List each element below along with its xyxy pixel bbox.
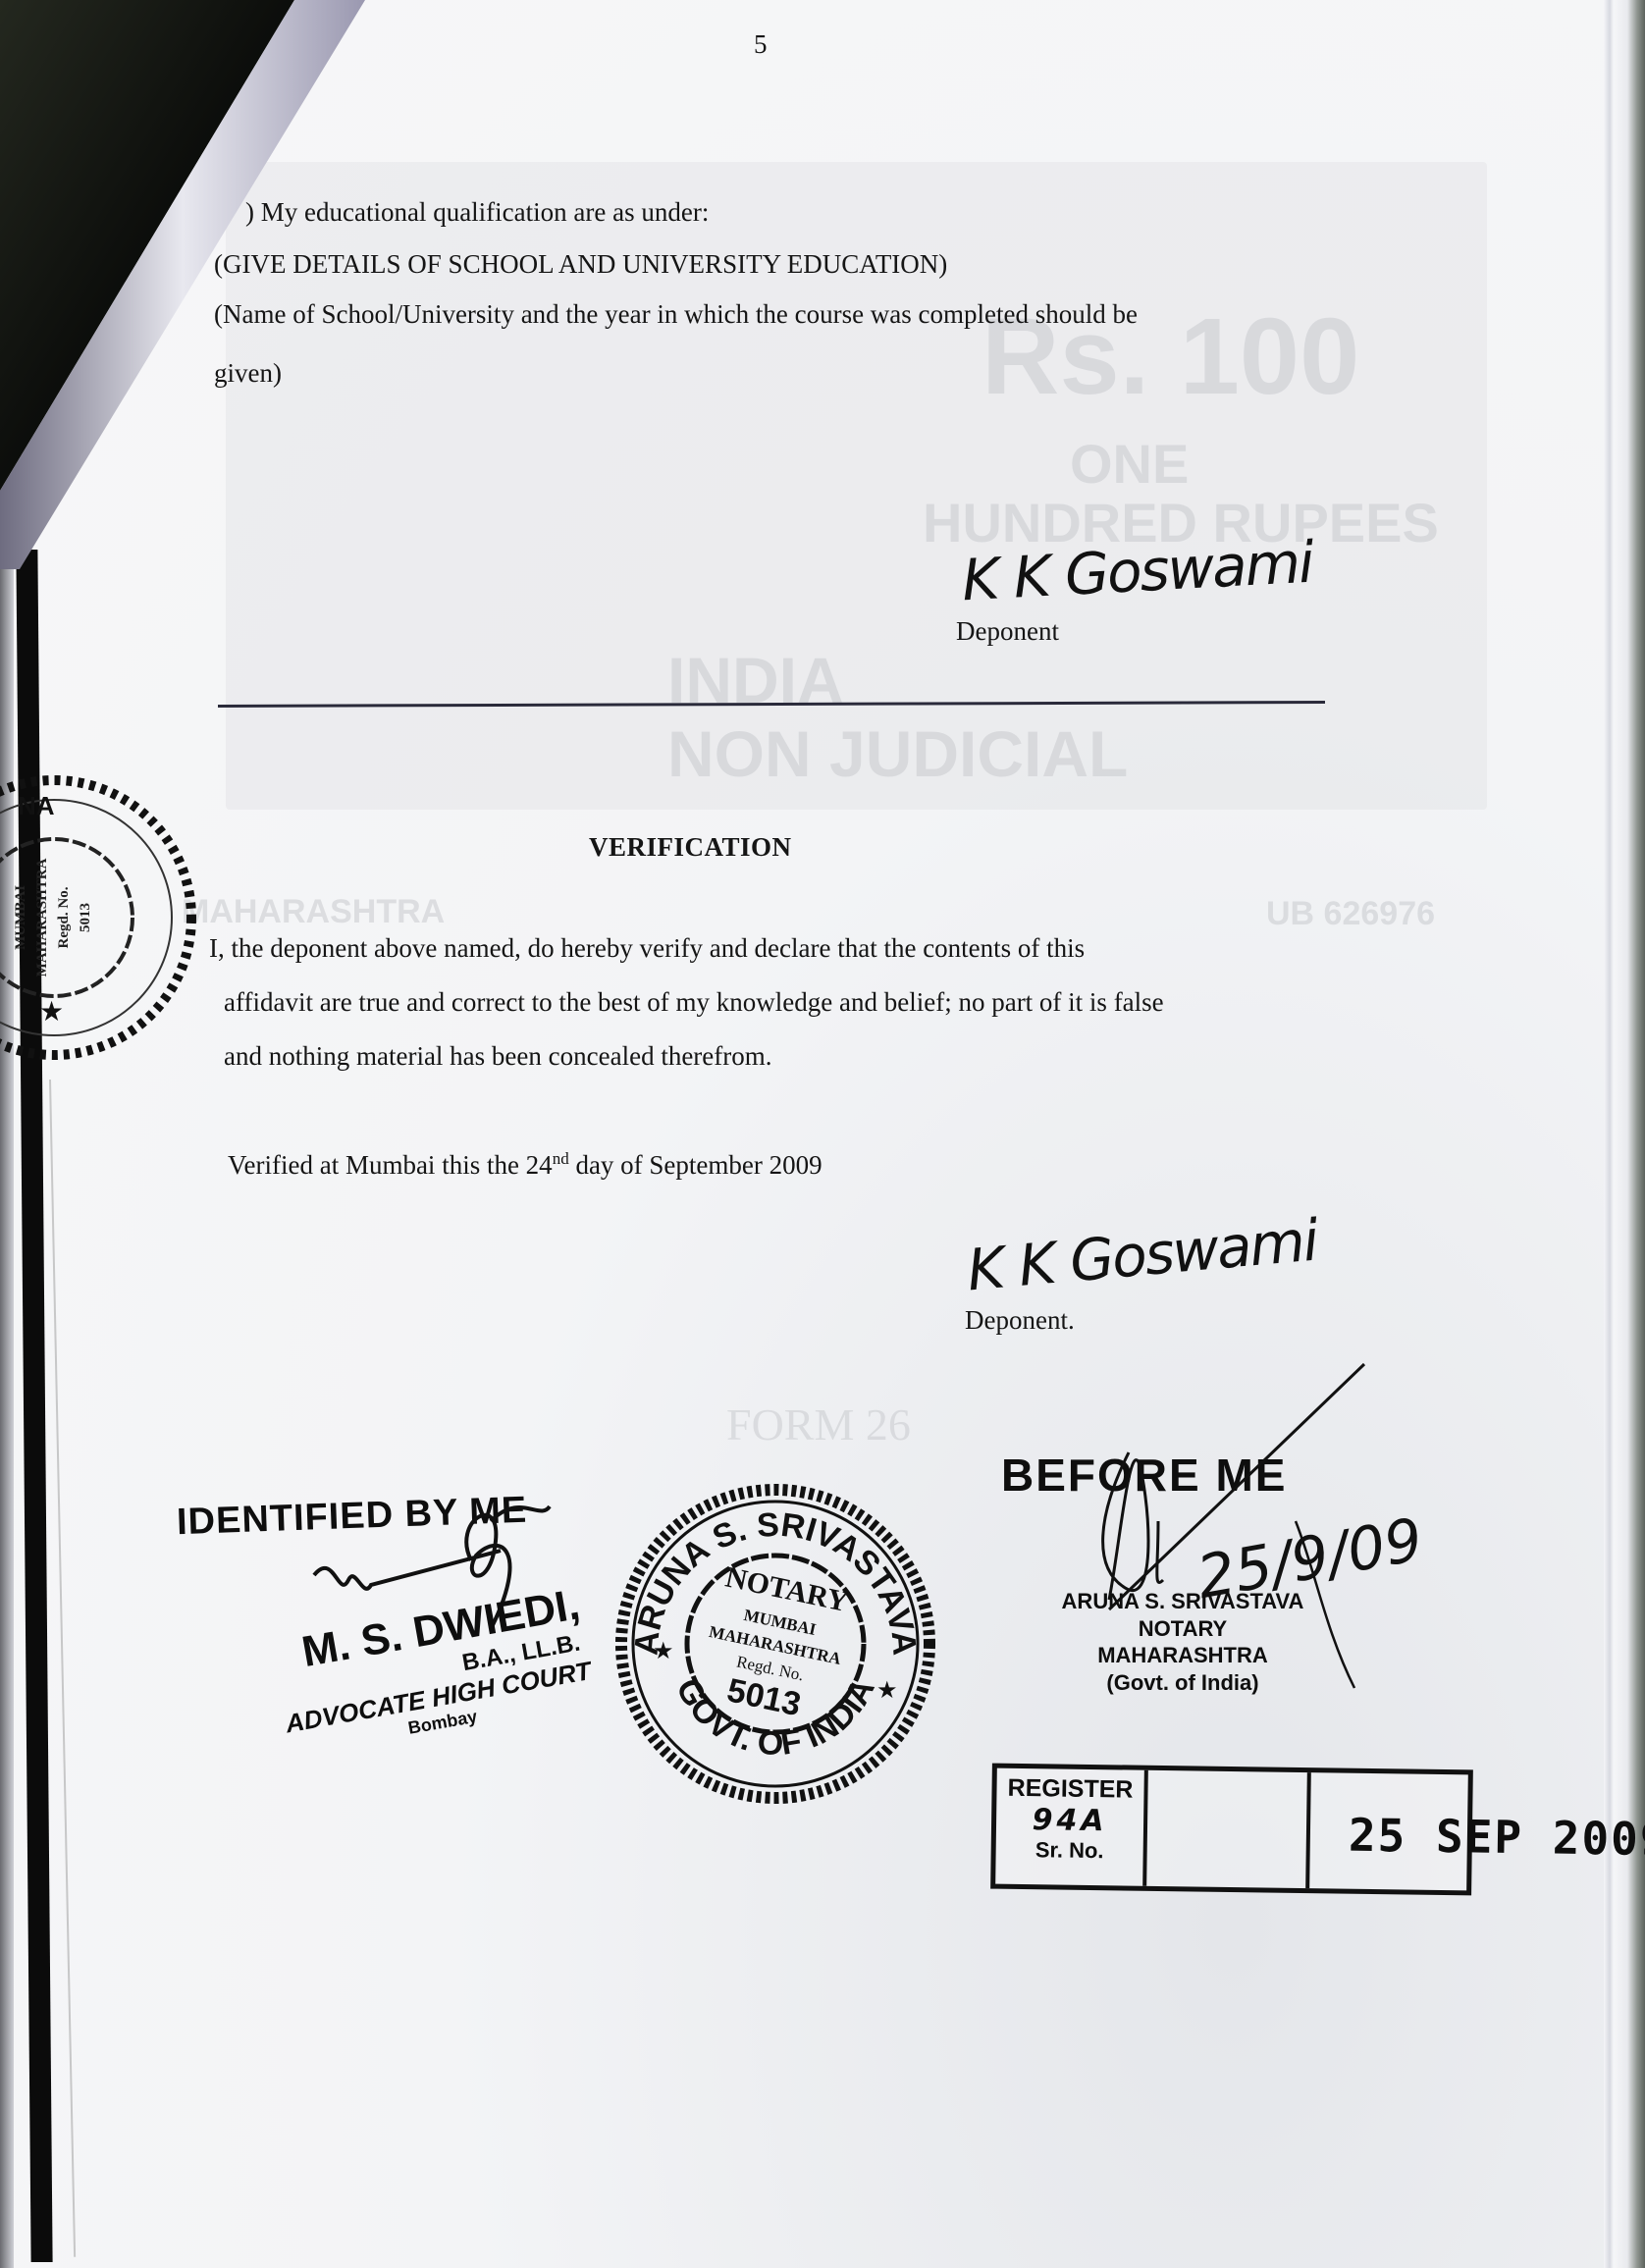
notary-govt: (Govt. of India): [1011, 1669, 1354, 1697]
deponent-signature-2: K K Goswami: [965, 1207, 1320, 1304]
verified-prefix: Verified at Mumbai this the 24: [228, 1150, 553, 1180]
page-number: 5: [754, 29, 768, 60]
register-stamp: REGISTER 94A Sr. No. 25 SEP 2009: [990, 1764, 1473, 1896]
page-margin-line: [49, 1080, 76, 2257]
notary-name-block: ARUNA S. SRIVASTAVA NOTARY MAHARASHTRA (…: [1011, 1588, 1354, 1696]
notary-title: NOTARY: [1011, 1615, 1354, 1643]
verification-line-2: affidavit are true and correct to the be…: [224, 989, 1164, 1016]
side-seal-line-4: 5013: [78, 903, 93, 932]
verification-line-3: and nothing material has been concealed …: [224, 1043, 772, 1070]
verification-heading: VERIFICATION: [589, 832, 792, 863]
notary-state: MAHARASHTRA: [1011, 1642, 1354, 1669]
verified-at-line: Verified at Mumbai this the 24nd day of …: [228, 1150, 822, 1179]
bleed-form-title: FORM 26: [726, 1398, 911, 1450]
side-seal-line-2: MAHARASHTRA: [34, 858, 50, 976]
seal-star-right-icon: ★: [876, 1678, 898, 1704]
seal-star-left-icon: ★: [653, 1639, 674, 1664]
side-notary-seal: NA MUMBAI MAHARASHTRA Regd. No. 5013 ★: [0, 756, 226, 1080]
side-seal-line-1: MUMBAI: [13, 885, 28, 950]
qualification-line-1: ) My educational qualification are as un…: [245, 199, 709, 226]
affidavit-page: Rs. 100 ONE HUNDRED RUPEES INDIA NON JUD…: [0, 0, 1645, 2268]
qualification-line-2: (GIVE DETAILS OF SCHOOL AND UNIVERSITY E…: [214, 251, 947, 278]
star-icon: ★: [39, 997, 64, 1028]
notary-name: ARUNA S. SRIVASTAVA: [1011, 1588, 1354, 1615]
qualification-line-3: (Name of School/University and the year …: [214, 301, 1138, 328]
side-seal-top-text: NA: [18, 791, 55, 820]
deponent-label-1: Deponent: [956, 618, 1059, 645]
verified-suffix: day of September 2009: [569, 1150, 822, 1180]
seal-center-title: NOTARY: [722, 1560, 851, 1618]
bleed-serial: UB 626976: [1266, 895, 1435, 933]
register-number: 94A: [996, 1803, 1143, 1839]
qualification-line-4: given): [214, 360, 282, 387]
register-sr-label: Sr. No.: [996, 1837, 1143, 1865]
verification-line-1: I, the deponent above named, do hereby v…: [209, 935, 1085, 962]
page-edge-right: [1604, 0, 1645, 2268]
side-seal-line-3: Regd. No.: [56, 886, 72, 948]
register-label: REGISTER: [996, 1774, 1143, 1805]
deponent-label-2: Deponent.: [965, 1307, 1075, 1334]
notary-seal: ARUNA S. SRIVASTAVA GOVT. OF INDIA ★ ★ N…: [613, 1482, 937, 1806]
verified-ordinal: nd: [553, 1149, 569, 1168]
